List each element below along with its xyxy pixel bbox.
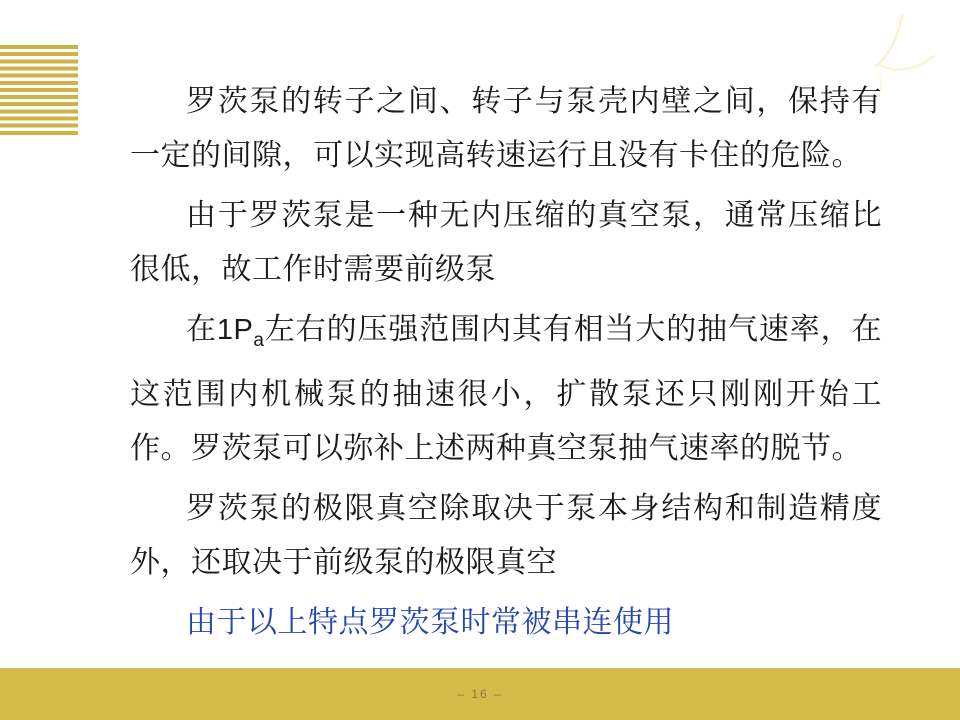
page-number: – 16 –: [0, 668, 960, 720]
paragraph-pumping-speed-range: 在1Pa左右的压强范围内其有相当大的抽气速率，在这范围内机械泵的抽速很小，扩散泵…: [130, 303, 882, 476]
presentation-slide: 罗茨泵的转子之间、转子与泵壳内壁之间，保持有一定的间隙，可以实现高转速运行且没有…: [0, 0, 960, 720]
pressure-value: 1P: [217, 314, 253, 346]
slide-body: 罗茨泵的转子之间、转子与泵壳内壁之间，保持有一定的间隙，可以实现高转速运行且没有…: [130, 75, 882, 656]
pressure-sentence-prefix: 在: [186, 313, 217, 346]
pressure-unit-subscript: a: [253, 330, 264, 351]
paragraph-no-internal-compression: 由于罗茨泵是一种无内压缩的真空泵，通常压缩比很低，故工作时需要前级泵: [130, 189, 882, 297]
paragraph-ultimate-vacuum: 罗茨泵的极限真空除取决于泵本身结构和制造精度外，还取决于前级泵的极限真空: [130, 482, 882, 590]
gold-stripes-decoration: [0, 45, 78, 138]
highlight-series-usage-line: 由于以上特点罗茨泵时常被串连使用: [130, 596, 882, 650]
paragraph-rotor-clearance: 罗茨泵的转子之间、转子与泵壳内壁之间，保持有一定的间隙，可以实现高转速运行且没有…: [130, 75, 882, 183]
footer-bar: – 16 –: [0, 668, 960, 720]
